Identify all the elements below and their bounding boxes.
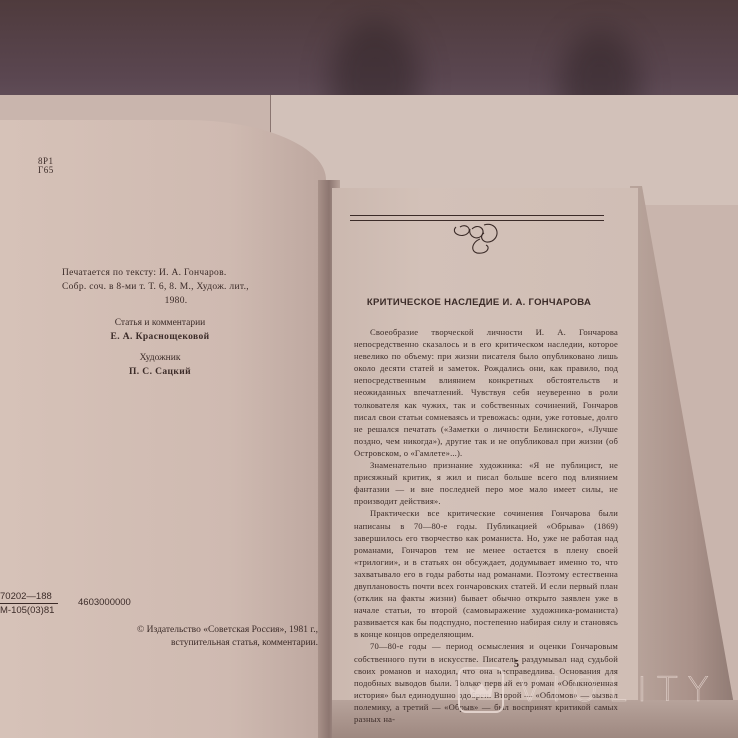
artist-credit: Художник П. С. Сацкий	[60, 351, 260, 379]
article-credit-label: Статья и комментарии	[60, 316, 260, 330]
source-note: Печатается по тексту: И. А. Гончаров. Со…	[62, 266, 290, 308]
source-note-line: Собр. соч. в 8-ми т. Т. 6, 8. М., Худож.…	[62, 280, 290, 294]
watermark-brand: VIOLITY	[518, 670, 719, 710]
copyright-notice: © Издательство «Советская Россия», 1981 …	[98, 624, 318, 650]
watermark: VIOLITY	[458, 667, 719, 713]
flourish-ornament-icon	[448, 219, 508, 259]
catalog-denominator: М-105(03)81	[0, 604, 58, 617]
catalog-number: 4603000000	[78, 597, 131, 608]
article-credit: Статья и комментарии Е. А. Краснощековой	[60, 316, 260, 344]
classification-code-line: Г65	[38, 166, 54, 175]
artist-credit-label: Художник	[60, 351, 260, 365]
copyright-line: © Издательство «Советская Россия», 1981 …	[98, 624, 318, 637]
source-note-line: Печатается по тексту: И. А. Гончаров.	[62, 266, 290, 280]
catalog-index: 70202—188 М-105(03)81	[0, 590, 58, 617]
source-note-year: 1980.	[62, 294, 290, 308]
chapter-title: КРИТИЧЕСКОЕ НАСЛЕДИЕ И. А. ГОНЧАРОВА	[352, 297, 606, 308]
catalog-numerator: 70202—188	[0, 590, 58, 604]
article-body: Своеобразие творческой личности И. А. Го…	[354, 326, 618, 725]
watermark-logo	[458, 667, 504, 713]
paragraph: Знаменательно признание художника: «Я не…	[354, 459, 618, 507]
paragraph: Своеобразие творческой личности И. А. Го…	[354, 326, 618, 459]
paragraph: Практически все критические сочинения Го…	[354, 507, 618, 640]
artist-credit-name: П. С. Сацкий	[60, 365, 260, 379]
classification-code: 8Р1 Г65	[38, 157, 54, 175]
crown-icon	[468, 681, 494, 699]
copyright-line: вступительная статья, комментарии.	[98, 637, 318, 650]
article-credit-name: Е. А. Краснощековой	[60, 330, 260, 344]
